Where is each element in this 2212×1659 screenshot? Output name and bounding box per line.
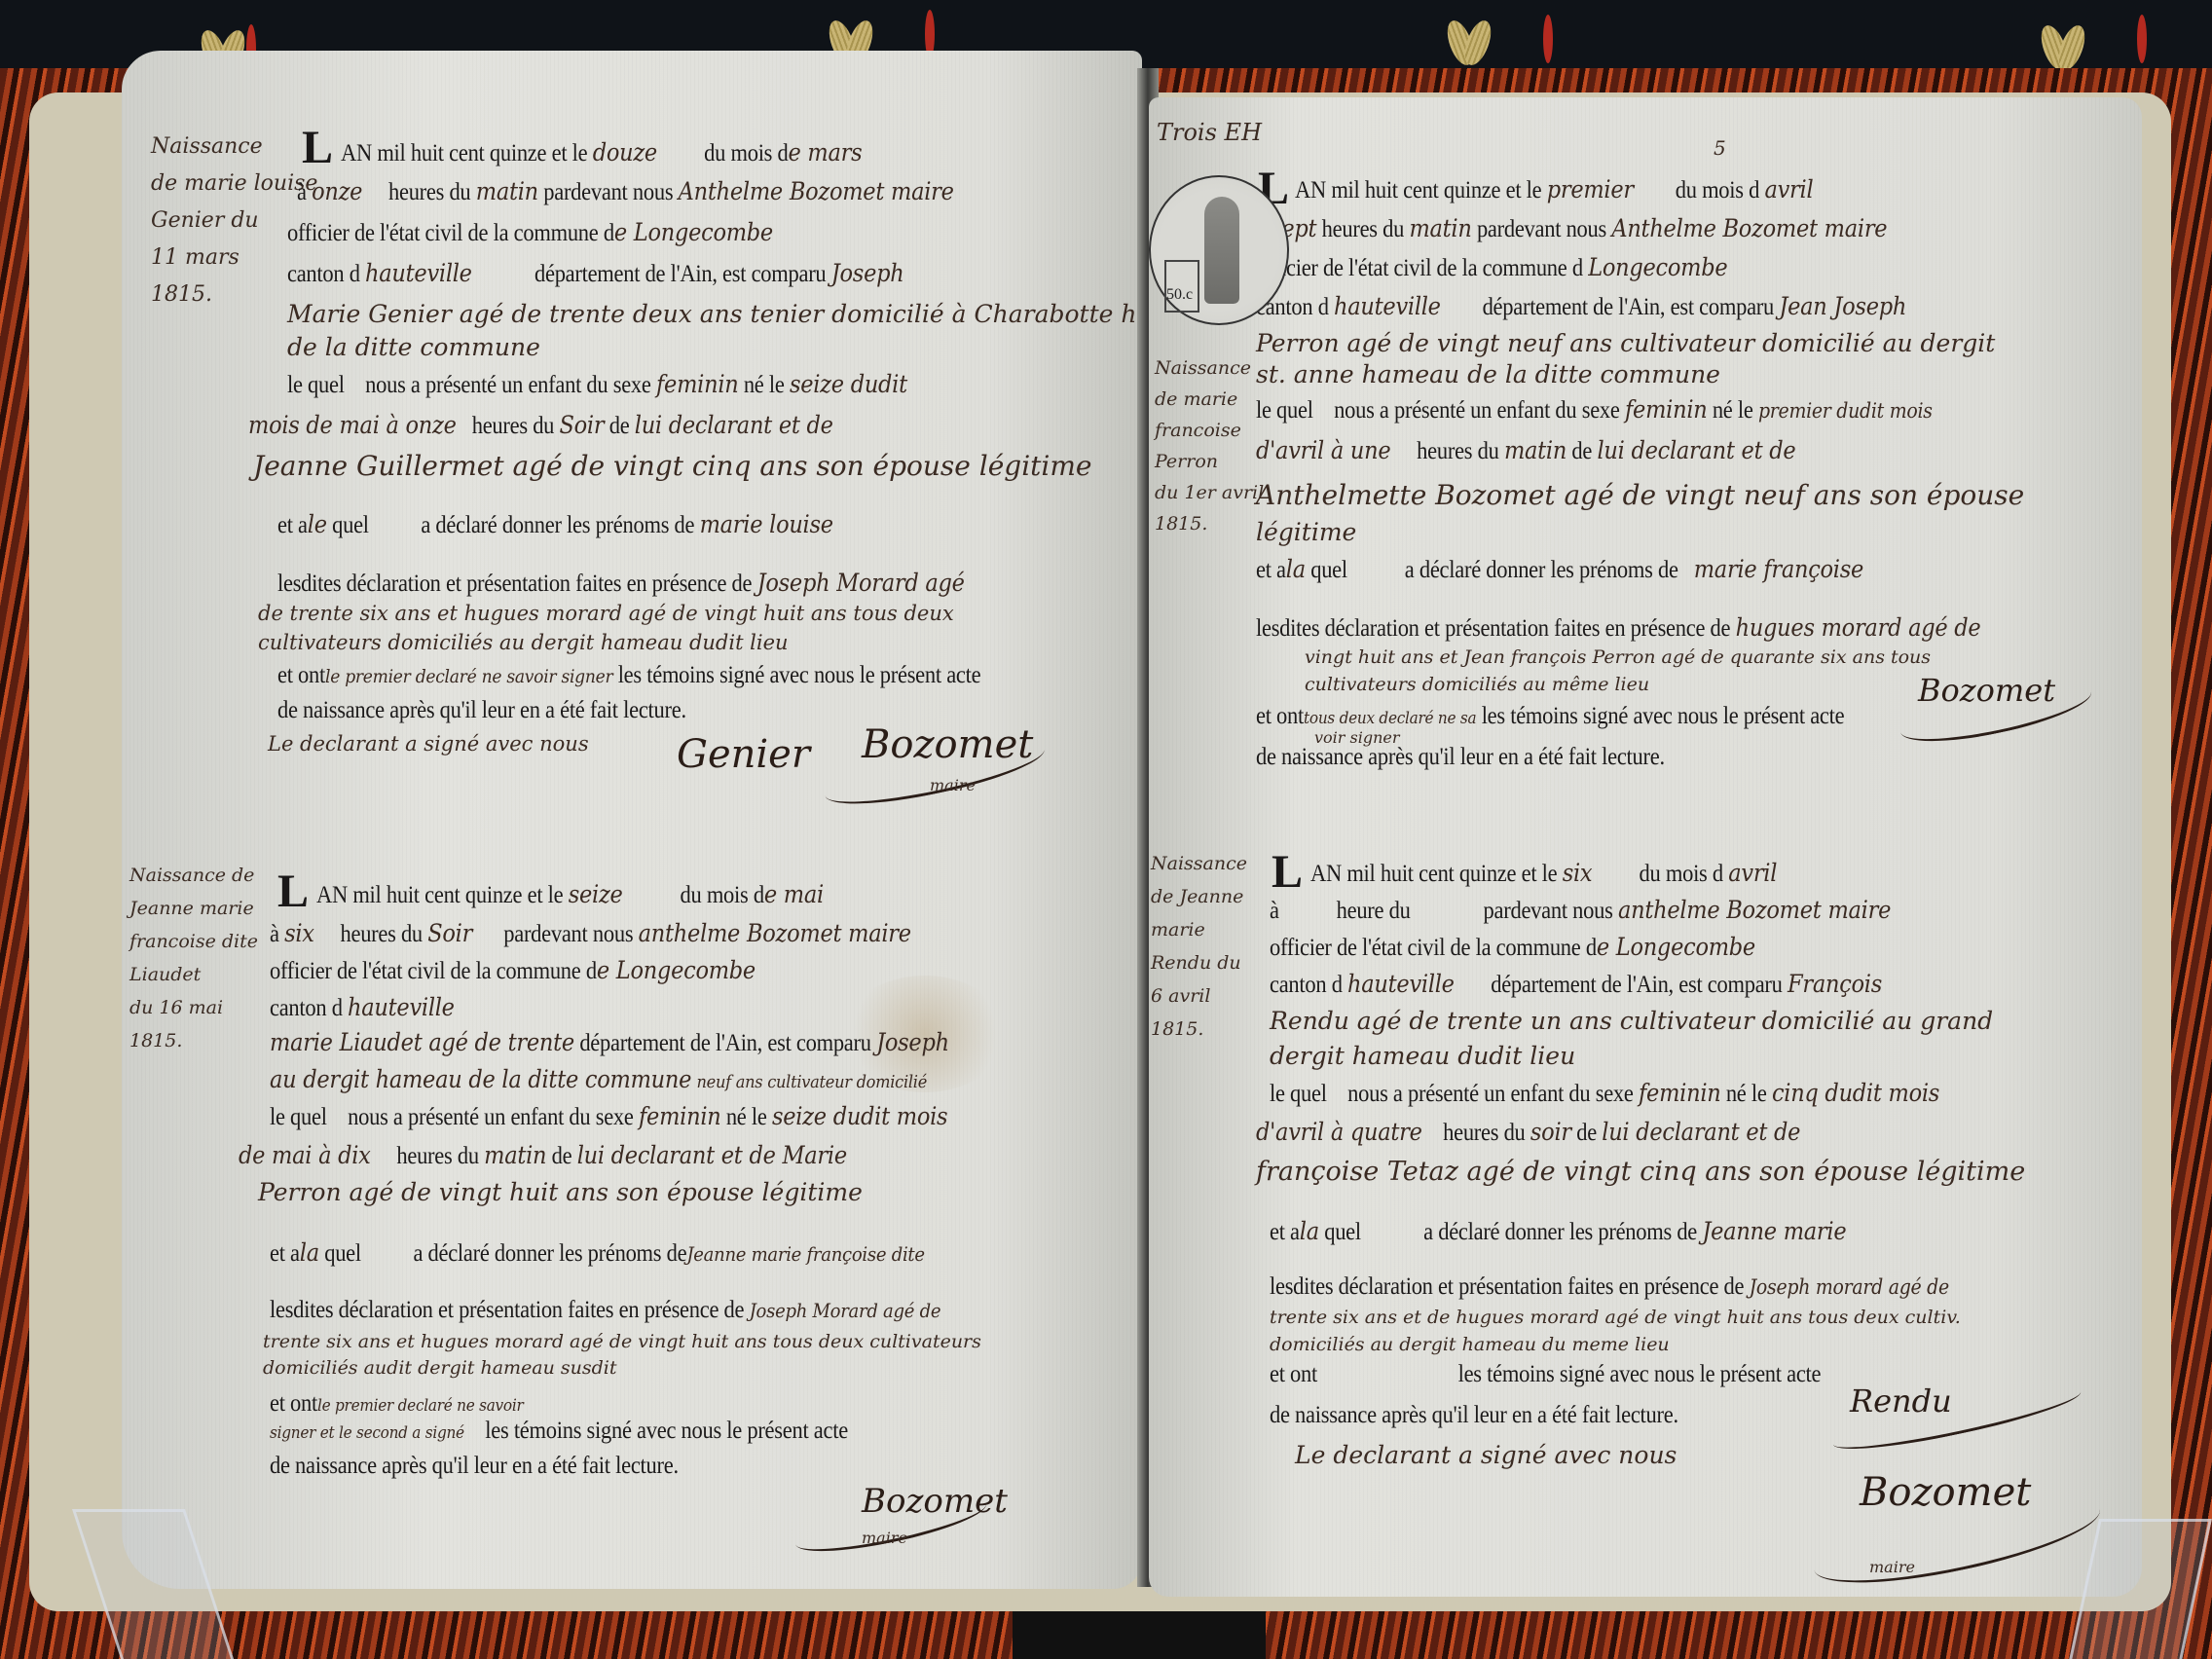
margin-note: Naissance de Jeanne marie francoise dite… <box>129 859 258 1057</box>
handwritten-line: Perron agé de vingt huit ans son épouse … <box>258 1178 863 1206</box>
handwritten-line: Le declarant a signé avec nous <box>1295 1441 1677 1469</box>
record-line: officier de l'état civil de la commune d… <box>287 218 773 247</box>
birth-record: Naissance de Jeanne marie Rendu du 6 avr… <box>1149 808 2142 1567</box>
record-line: lesdites déclaration et présentation fai… <box>277 569 965 598</box>
handwritten-line: françoise Tetaz agé de vingt cinq ans so… <box>1256 1157 2025 1187</box>
record-line: officier de l'état civil de la commune d… <box>1270 933 1755 962</box>
signature-title: maire <box>862 1529 907 1547</box>
handwritten-line: Le declarant a signé avec nous <box>268 732 589 756</box>
handwritten-line: de trente six ans et hugues morard agé d… <box>258 602 954 625</box>
handwritten-line: Jeanne Guillermet agé de vingt cinq ans … <box>253 450 1092 482</box>
handwritten-line: Marie Genier agé de trente deux ans teni… <box>287 300 1219 328</box>
record-line: AN mil huit cent quinze et le premier du… <box>1295 175 1813 204</box>
record-line: canton d hauteville <box>270 993 455 1022</box>
record-line: et onttous deux declaré ne sa les témoin… <box>1256 703 1844 730</box>
record-line: d'avril à quatre heures du soir de lui d… <box>1256 1118 1800 1147</box>
dropcap: L <box>277 865 309 918</box>
handwritten-line: cultivateurs domiciliés au dergit hameau… <box>258 631 789 654</box>
handwritten-line: Perron agé de vingt neuf ans cultivateur… <box>1256 329 1995 357</box>
record-line: à six heures du Soir pardevant nous anth… <box>270 919 911 948</box>
handwritten-line: st. anne hameau de la ditte commune <box>1256 360 1720 388</box>
record-line: de naissance après qu'il leur en a été f… <box>270 1453 679 1480</box>
record-line: le quel nous a présenté un enfant du sex… <box>270 1102 947 1131</box>
handwritten-line: trente six ans et de hugues morard agé d… <box>1270 1307 1961 1328</box>
record-line: AN mil huit cent quinze et le douze du m… <box>341 138 862 167</box>
handwritten-line: dergit hameau dudit lieu <box>1270 1042 1575 1070</box>
record-line: à onze heures du matin pardevant nous An… <box>297 177 954 206</box>
handwritten-line: Rendu agé de trente un ans cultivateur d… <box>1270 1007 1993 1035</box>
record-line: signer et le second a signé les témoins … <box>270 1418 848 1445</box>
handwritten-line: trente six ans et hugues morard agé de v… <box>263 1331 981 1352</box>
record-line: AN mil huit cent quinze et le seize du m… <box>316 880 824 909</box>
left-page: Naissance de marie louise Genier du 11 m… <box>122 51 1142 1589</box>
record-line: et ont les témoins signé avec nous le pr… <box>1270 1361 1821 1388</box>
record-line: lesdites déclaration et présentation fai… <box>1256 613 1980 643</box>
record-line: canton d hauteville département de l'Ain… <box>1270 970 1882 999</box>
right-page: 5 Trois EH Naissance de marie francoise … <box>1149 97 2142 1597</box>
record-line: d'avril à une heures du matin de lui dec… <box>1256 436 1795 465</box>
stamp-annotation: Trois EH <box>1157 119 1262 146</box>
birth-record: Naissance de marie louise Genier du 11 m… <box>122 51 1142 752</box>
record-line: et ontle premier declaré ne savoir <box>270 1390 524 1418</box>
record-line: lesdites déclaration et présentation fai… <box>1270 1273 1949 1301</box>
record-line: canton d hauteville département de l'Ain… <box>1256 292 1906 321</box>
allegorical-figure-icon <box>1204 197 1239 304</box>
handwritten-line: domiciliés au dergit hameau du meme lieu <box>1270 1334 1670 1355</box>
record-line: et ala quel a déclaré donner les prénoms… <box>1270 1217 1846 1246</box>
signature-declarant: Genier <box>677 732 810 777</box>
record-line: officier de l'état civil de la commune d… <box>270 956 756 985</box>
record-line: mois de mai à onze heures du Soir de lui… <box>248 411 833 440</box>
record-line: et ala quel a déclaré donner les prénoms… <box>270 1238 925 1268</box>
signature-title: maire <box>930 776 976 794</box>
dropcap: L <box>302 121 333 174</box>
record-line: et ale quel a déclaré donner les prénoms… <box>277 510 833 539</box>
record-line: officier de l'état civil de la commune d… <box>1256 253 1727 282</box>
margin-note: Naissance de Jeanne marie Rendu du 6 avr… <box>1151 847 1247 1046</box>
birth-record: Trois EH Naissance de marie francoise Pe… <box>1149 97 2142 779</box>
signature-title: maire <box>1869 1558 1915 1576</box>
record-line: de mai à dix heures du matin de lui decl… <box>239 1141 847 1170</box>
record-line: à heure du pardevant nous anthelme Bozom… <box>1270 896 1891 925</box>
record-line: de naissance après qu'il leur en a été f… <box>1256 744 1665 771</box>
record-line: AN mil huit cent quinze et le six du moi… <box>1310 859 1777 888</box>
margin-note: Naissance de marie francoise Perron du 1… <box>1155 352 1264 539</box>
record-line: marie Liaudet agé de trente département … <box>270 1028 949 1057</box>
record-line: de naissance après qu'il leur en a été f… <box>277 697 686 724</box>
record-line: et ontle premier declaré ne savoir signe… <box>277 662 980 689</box>
stamp-value: 50.c <box>1166 286 1193 304</box>
handwritten-line: Anthelmette Bozomet agé de vingt neuf an… <box>1256 479 2024 511</box>
record-line: le quel nous a présenté un enfant du sex… <box>1256 395 1933 424</box>
record-line: canton d hauteville département de l'Ain… <box>287 259 903 288</box>
revenue-stamp: 50.c <box>1149 175 1289 325</box>
record-line: lesdites déclaration et présentation fai… <box>270 1297 940 1324</box>
handwritten-line: vingt huit ans et Jean françois Perron a… <box>1305 646 1931 668</box>
record-line: au dergit hameau de la ditte commune neu… <box>270 1065 927 1094</box>
dropcap: L <box>1272 845 1303 899</box>
record-line: et ala quel a déclaré donner les prénoms… <box>1256 555 1863 584</box>
record-line: le quel nous a présenté un enfant du sex… <box>1270 1079 1939 1108</box>
handwritten-line: légitime <box>1256 518 1356 546</box>
handwritten-line: de la ditte commune <box>287 333 540 361</box>
record-line: le quel nous a présenté un enfant du sex… <box>287 370 907 399</box>
record-line: de naissance après qu'il leur en a été f… <box>1270 1402 1678 1429</box>
handwritten-line: domiciliés audit dergit hameau susdit <box>263 1357 617 1379</box>
handwritten-line: cultivateurs domiciliés au même lieu <box>1305 674 1649 695</box>
record-line: à sept heures du matin pardevant nous An… <box>1256 214 1887 243</box>
birth-record: Naissance de Jeanne marie francoise dite… <box>122 810 1142 1569</box>
